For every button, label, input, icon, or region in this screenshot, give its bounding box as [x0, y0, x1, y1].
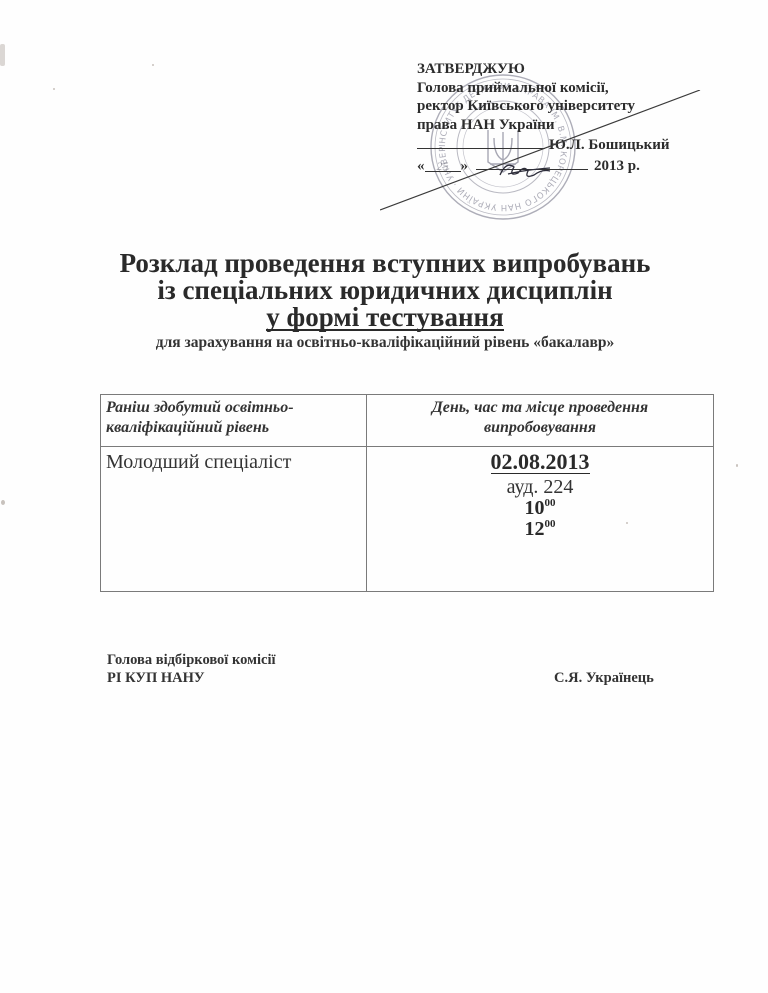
- footer-position: Голова відбіркової комісії РІ КУП НАНУ: [107, 651, 276, 687]
- scan-speck: [152, 64, 154, 66]
- table-header-row: Раніш здобутий освітньо-кваліфікаційний …: [101, 395, 714, 447]
- title-line-2: із спеціальних юридичних дисциплін: [40, 277, 730, 304]
- date-month-field: [476, 155, 588, 170]
- footer-position-line-1: Голова відбіркової комісії: [107, 651, 276, 669]
- cell-level: Молодший спеціаліст: [101, 447, 367, 592]
- schedule-table: Раніш здобутий освітньо-кваліфікаційний …: [100, 394, 714, 592]
- signature-line: [417, 134, 545, 149]
- scan-speck: [0, 44, 5, 66]
- exam-time: 1000: [367, 498, 713, 519]
- approval-heading: ЗАТВЕРДЖУЮ: [417, 60, 717, 79]
- title-line-1: Розклад проведення вступних випробувань: [40, 250, 730, 277]
- footer-position-line-2: РІ КУП НАНУ: [107, 669, 276, 687]
- cell-details: 02.08.2013 ауд. 224 1000 1200: [367, 447, 714, 592]
- exam-time-hour: 12: [525, 518, 545, 540]
- signatory-row: Ю.Л. Бошицький: [417, 134, 717, 155]
- approval-line: Голова приймальної комісії,: [417, 79, 717, 98]
- approval-block: ЗАТВЕРДЖУЮ Голова приймальної комісії, р…: [417, 60, 717, 175]
- table-row: Молодший спеціаліст 02.08.2013 ауд. 224 …: [101, 447, 714, 592]
- exam-time: 1200: [367, 519, 713, 540]
- header-previous-level: Раніш здобутий освітньо-кваліфікаційний …: [101, 395, 367, 447]
- date-close-quote: »: [461, 157, 469, 176]
- scan-speck: [53, 88, 55, 90]
- approval-line: ректор Київського університету: [417, 97, 717, 116]
- title-subtitle: для зарахування на освітньо-кваліфікацій…: [40, 334, 730, 352]
- date-year: 2013 р.: [594, 157, 640, 176]
- date-open-quote: «: [417, 157, 425, 176]
- exam-time-minutes: 00: [545, 497, 556, 509]
- footer-signatory-name: С.Я. Українець: [554, 669, 654, 687]
- exam-date: 02.08.2013: [491, 451, 590, 474]
- header-day-time-place: День, час та місце проведення випробовув…: [367, 395, 714, 447]
- date-day: 25: [437, 159, 449, 173]
- signatory-name: Ю.Л. Бошицький: [549, 136, 670, 155]
- title-line-3: у формі тестування: [266, 305, 503, 331]
- approval-date-row: « 25 » 2013 р.: [417, 155, 717, 176]
- approval-line: права НАН України: [417, 116, 717, 135]
- exam-room: ауд. 224: [367, 476, 713, 498]
- scan-speck: [736, 464, 738, 467]
- scan-speck: [1, 500, 5, 505]
- document-title-block: Розклад проведення вступних випробувань …: [40, 250, 730, 352]
- exam-time-hour: 10: [525, 497, 545, 519]
- header-day-time-place-text: День, час та місце проведення випробовув…: [405, 398, 675, 438]
- date-day-field: 25: [425, 157, 461, 172]
- document-page: ІНСТИТУТ ДЕРЖАВИ І ПРАВА ІМ. В.М. КОРЕЦЬ…: [0, 0, 768, 993]
- exam-time-minutes: 00: [545, 518, 556, 530]
